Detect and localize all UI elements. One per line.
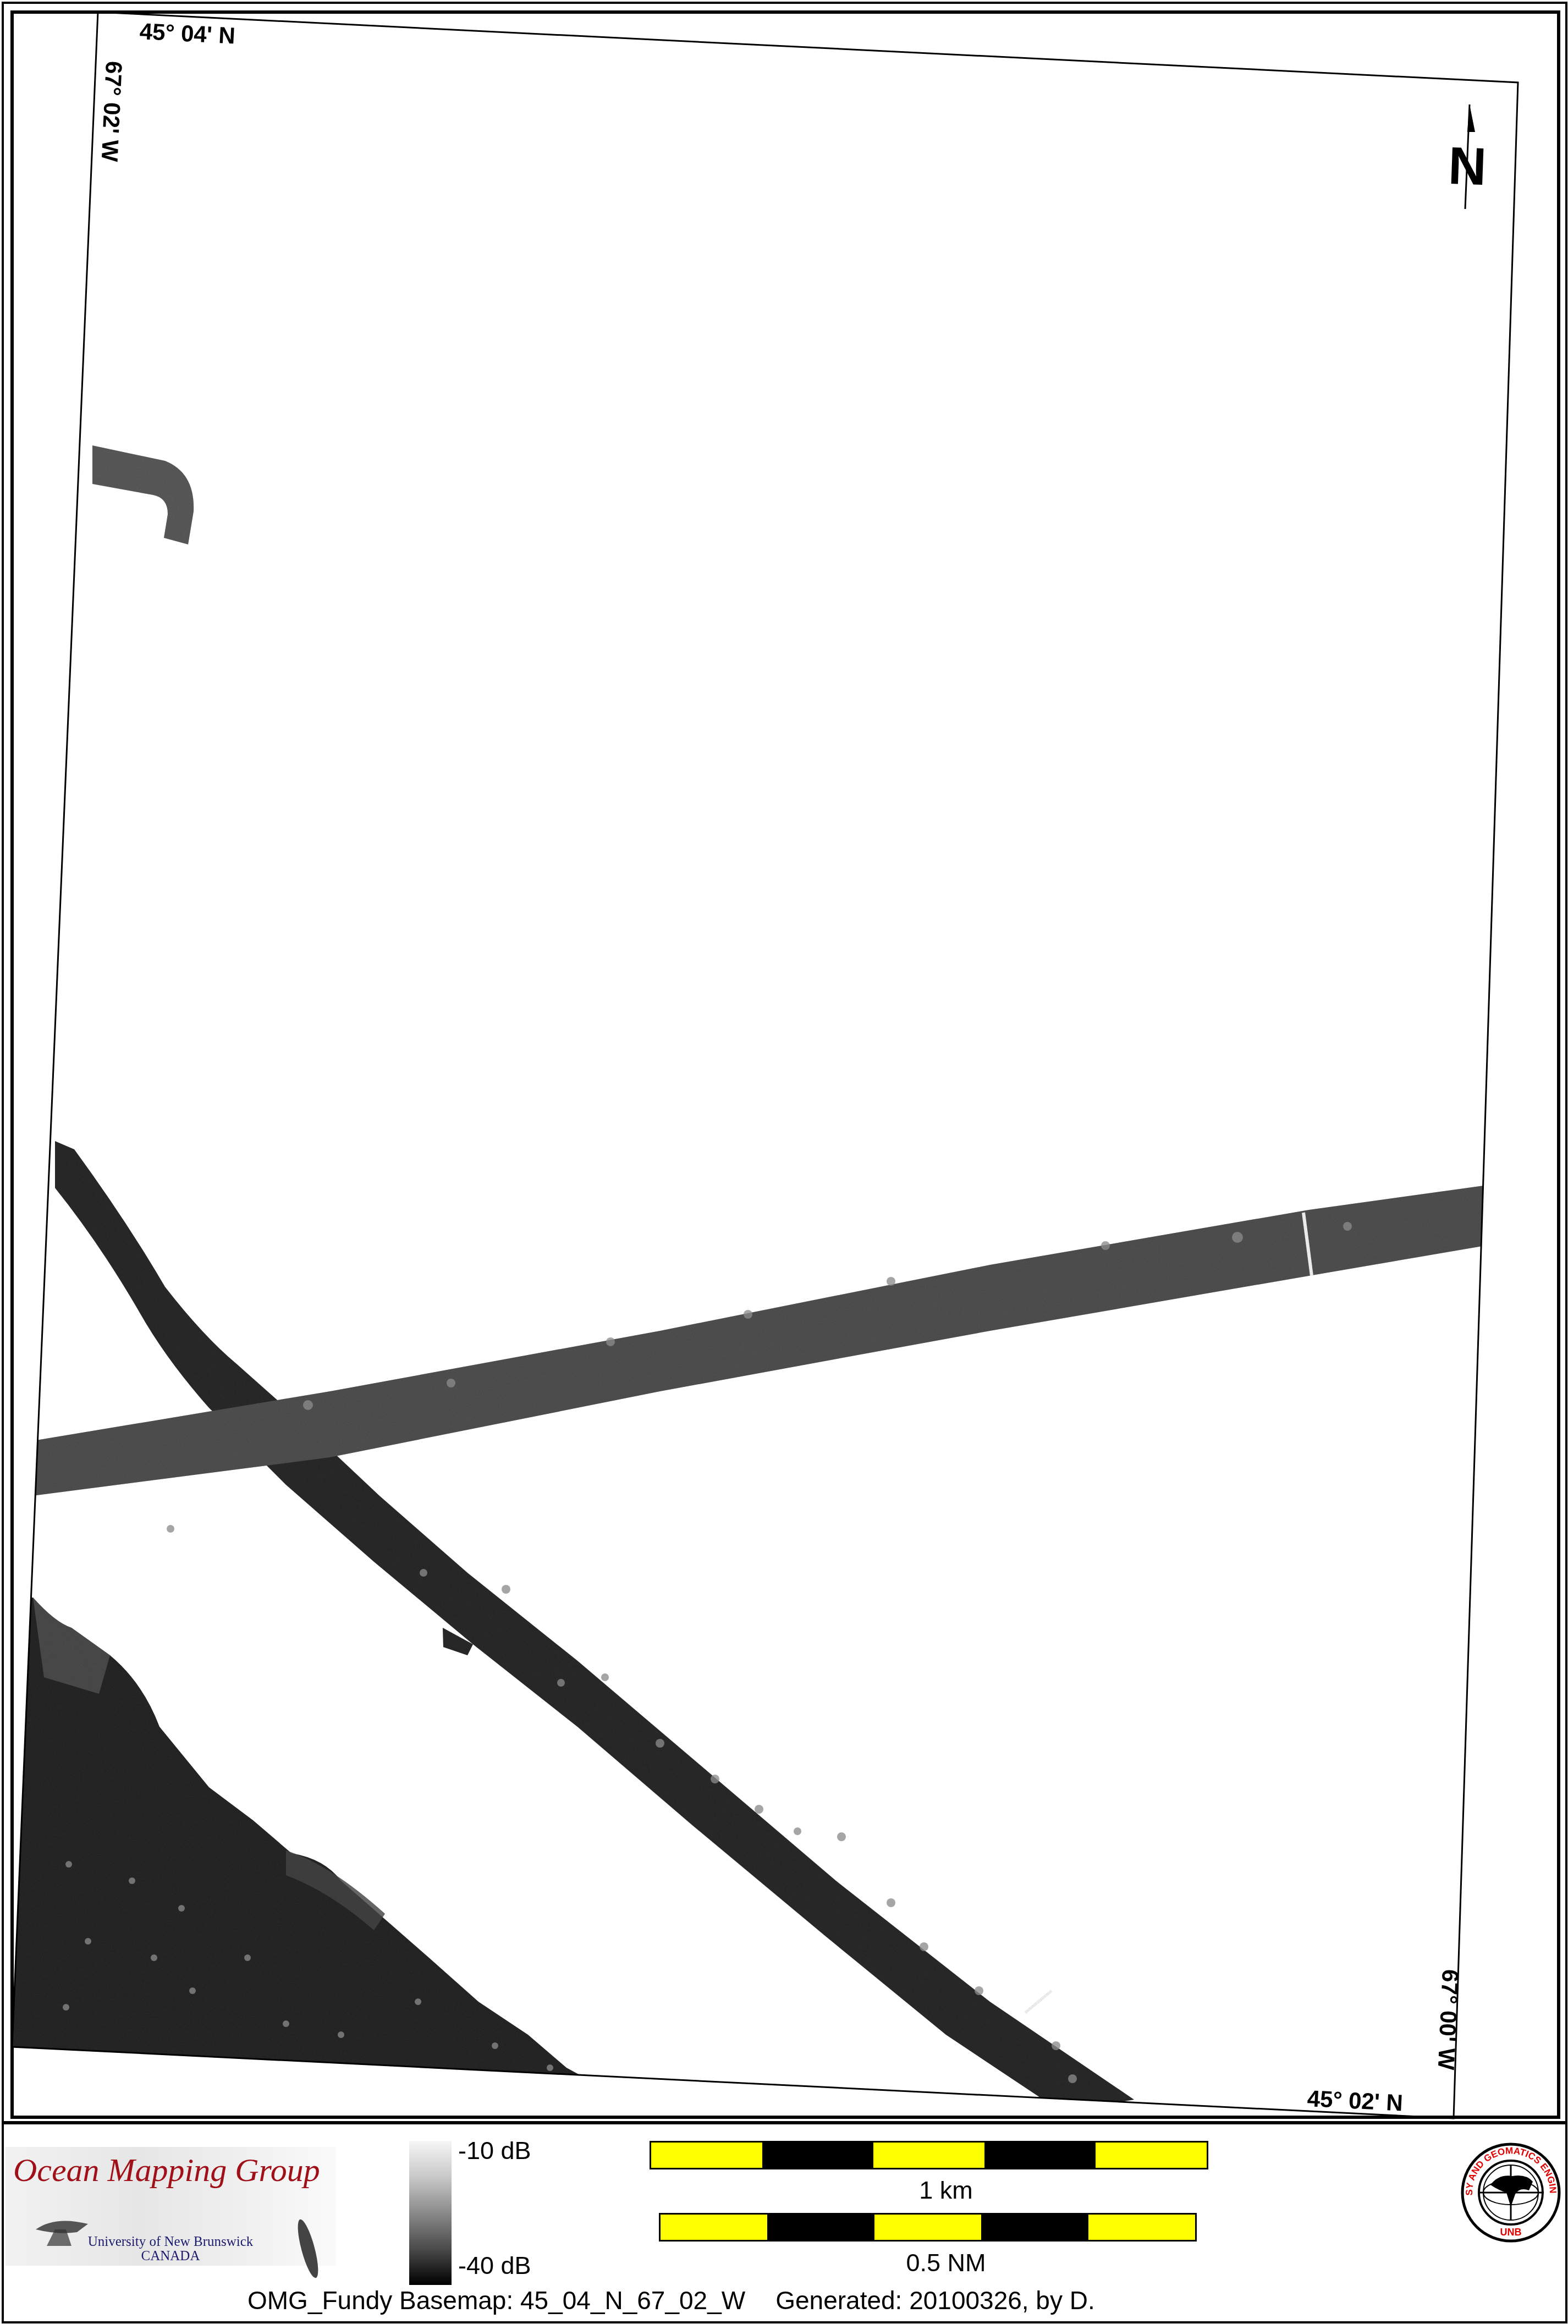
scalebar-nm [659,2213,1197,2242]
footer-generated: Generated: 20100326, by D. [775,2286,1095,2315]
survey-strip-east-west [33,1182,1507,1496]
north-arrow-icon: N [1441,99,1496,214]
logo-university: University of New Brunswick [5,2235,335,2249]
towfish-icon [291,2216,324,2282]
svg-text:UNB: UNB [1500,2227,1522,2238]
graticule-label-bottom: 45° 02' N [1307,2087,1404,2114]
svg-text:N: N [1447,136,1487,196]
scalebar-nm-label: 0.5 NM [869,2250,1023,2275]
unb-geodesy-seal-icon: GEODESY AND GEOMATICS ENGINEERING UNB [1460,2142,1562,2244]
colorbar-max-label: -10 dB [458,2138,531,2163]
survey-strip-hook [92,445,194,544]
scalebar-km [650,2141,1208,2169]
graticule-label-left: 67° 02' W [98,60,125,162]
footer-caption: OMG_Fundy Basemap: 45_04_N_67_02_WGenera… [247,2288,1095,2313]
graticule-label-right: 67° 00' W [1434,1969,1462,2070]
footer-basemap-name: OMG_Fundy Basemap: 45_04_N_67_02_W [247,2286,745,2315]
logo-country: CANADA [5,2249,335,2263]
colorbar-min-label: -40 dB [458,2253,531,2278]
scalebar-km-label: 1 km [869,2178,1023,2202]
graticule-label-top: 45° 04' N [139,20,236,47]
map-canvas[interactable] [0,0,1568,2123]
neatline [12,12,1518,2118]
logo-title: Ocean Mapping Group [13,2151,320,2189]
ocean-mapping-group-logo: Ocean Mapping Group University of New Br… [5,2147,335,2266]
backscatter-colorbar [409,2141,452,2285]
